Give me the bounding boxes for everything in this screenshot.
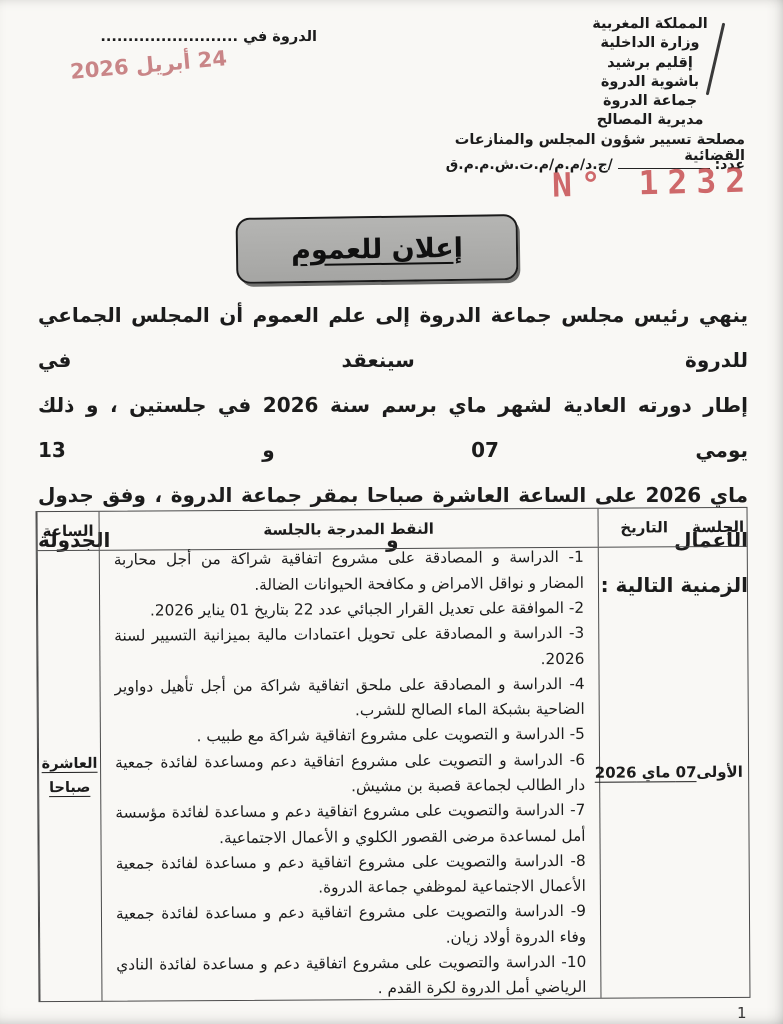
- agenda-item: 9- الدراسة والتصويت على مشروع اتفاقية دع…: [116, 899, 586, 952]
- agenda-item: 2- الموافقة على تعديل القرار الجبائي عدد…: [114, 596, 584, 624]
- agenda-item: 5- الدراسة و التصويت على مشروع اتفاقية ش…: [115, 722, 585, 750]
- session-value: الأولى: [696, 763, 743, 781]
- cell-session: الأولى: [690, 547, 750, 997]
- date-value: 07 ماي 2026: [595, 763, 697, 782]
- letterhead-line: وزارة الداخلية: [550, 34, 750, 53]
- agenda-item: 10- الدراسة والتصويت على مشروع اتفاقية د…: [116, 950, 586, 1003]
- letterhead-line: باشوية الدروة: [550, 73, 750, 92]
- agenda-points-list: 1- الدراسة و المصادقة على مشروع اتفاقية …: [100, 535, 601, 1013]
- body-line-2: إطار دورته العادية لشهر ماي برسم سنة 202…: [38, 383, 748, 473]
- letterhead: المملكة المغربيةوزارة الداخليةإقليم برشي…: [550, 15, 750, 131]
- agenda-table: الجلسة التاريخ النقط المدرجة بالجلسة الس…: [36, 507, 751, 1002]
- letterhead-line: مديرية المصالح: [550, 111, 750, 130]
- table-body-row: الأولى 07 ماي 2026 1- الدراسة و المصادقة…: [37, 547, 750, 1001]
- header-session: الجلسة: [690, 508, 747, 546]
- time-value-line1: العاشرة: [42, 752, 98, 776]
- agenda-item: 6- الدراسة و التصويت على مشروع اتفاقية د…: [115, 748, 585, 801]
- header-date: التاريخ: [598, 508, 690, 547]
- header-time: الساعة: [37, 512, 99, 550]
- agenda-item: 7- الدراسة والتصويت على مشروع اتفاقية دع…: [115, 798, 585, 851]
- letterhead-line: إقليم برشيد: [550, 54, 750, 73]
- place-date-line: الدروة في .........................: [112, 29, 317, 45]
- red-date-stamp: 24 أبريل 2026: [69, 46, 228, 84]
- announcement-title: إعلان للعموم: [291, 232, 463, 265]
- letterhead-line: جماعة الدروة: [550, 92, 750, 111]
- agenda-item: 4- الدراسة و المصادقة على ملحق اتفاقية ش…: [115, 672, 585, 725]
- red-number-stamp: N° 1232: [552, 160, 755, 204]
- announcement-title-box: إعلان للعموم: [236, 214, 519, 284]
- time-value-line2: صباحا: [49, 776, 90, 800]
- page-number: 1: [737, 1004, 747, 1022]
- agenda-item: 1- الدراسة و المصادقة على مشروع اتفاقية …: [114, 545, 584, 598]
- cell-time: العاشرة صباحا: [37, 551, 102, 1001]
- cell-points: 1- الدراسة و المصادقة على مشروع اتفاقية …: [99, 548, 601, 1001]
- agenda-item: 8- الدراسة والتصويت على مشروع اتفاقية دع…: [116, 849, 586, 902]
- scanned-document-page: المملكة المغربيةوزارة الداخليةإقليم برشي…: [0, 0, 783, 1024]
- letterhead-line: المملكة المغربية: [550, 15, 750, 34]
- agenda-item: 3- الدراسة و المصادقة على تحويل اعتمادات…: [114, 621, 584, 674]
- cell-date: 07 ماي 2026: [598, 547, 693, 998]
- body-line-1: ينهي رئيس مجلس جماعة الدروة إلى علم العم…: [38, 293, 748, 383]
